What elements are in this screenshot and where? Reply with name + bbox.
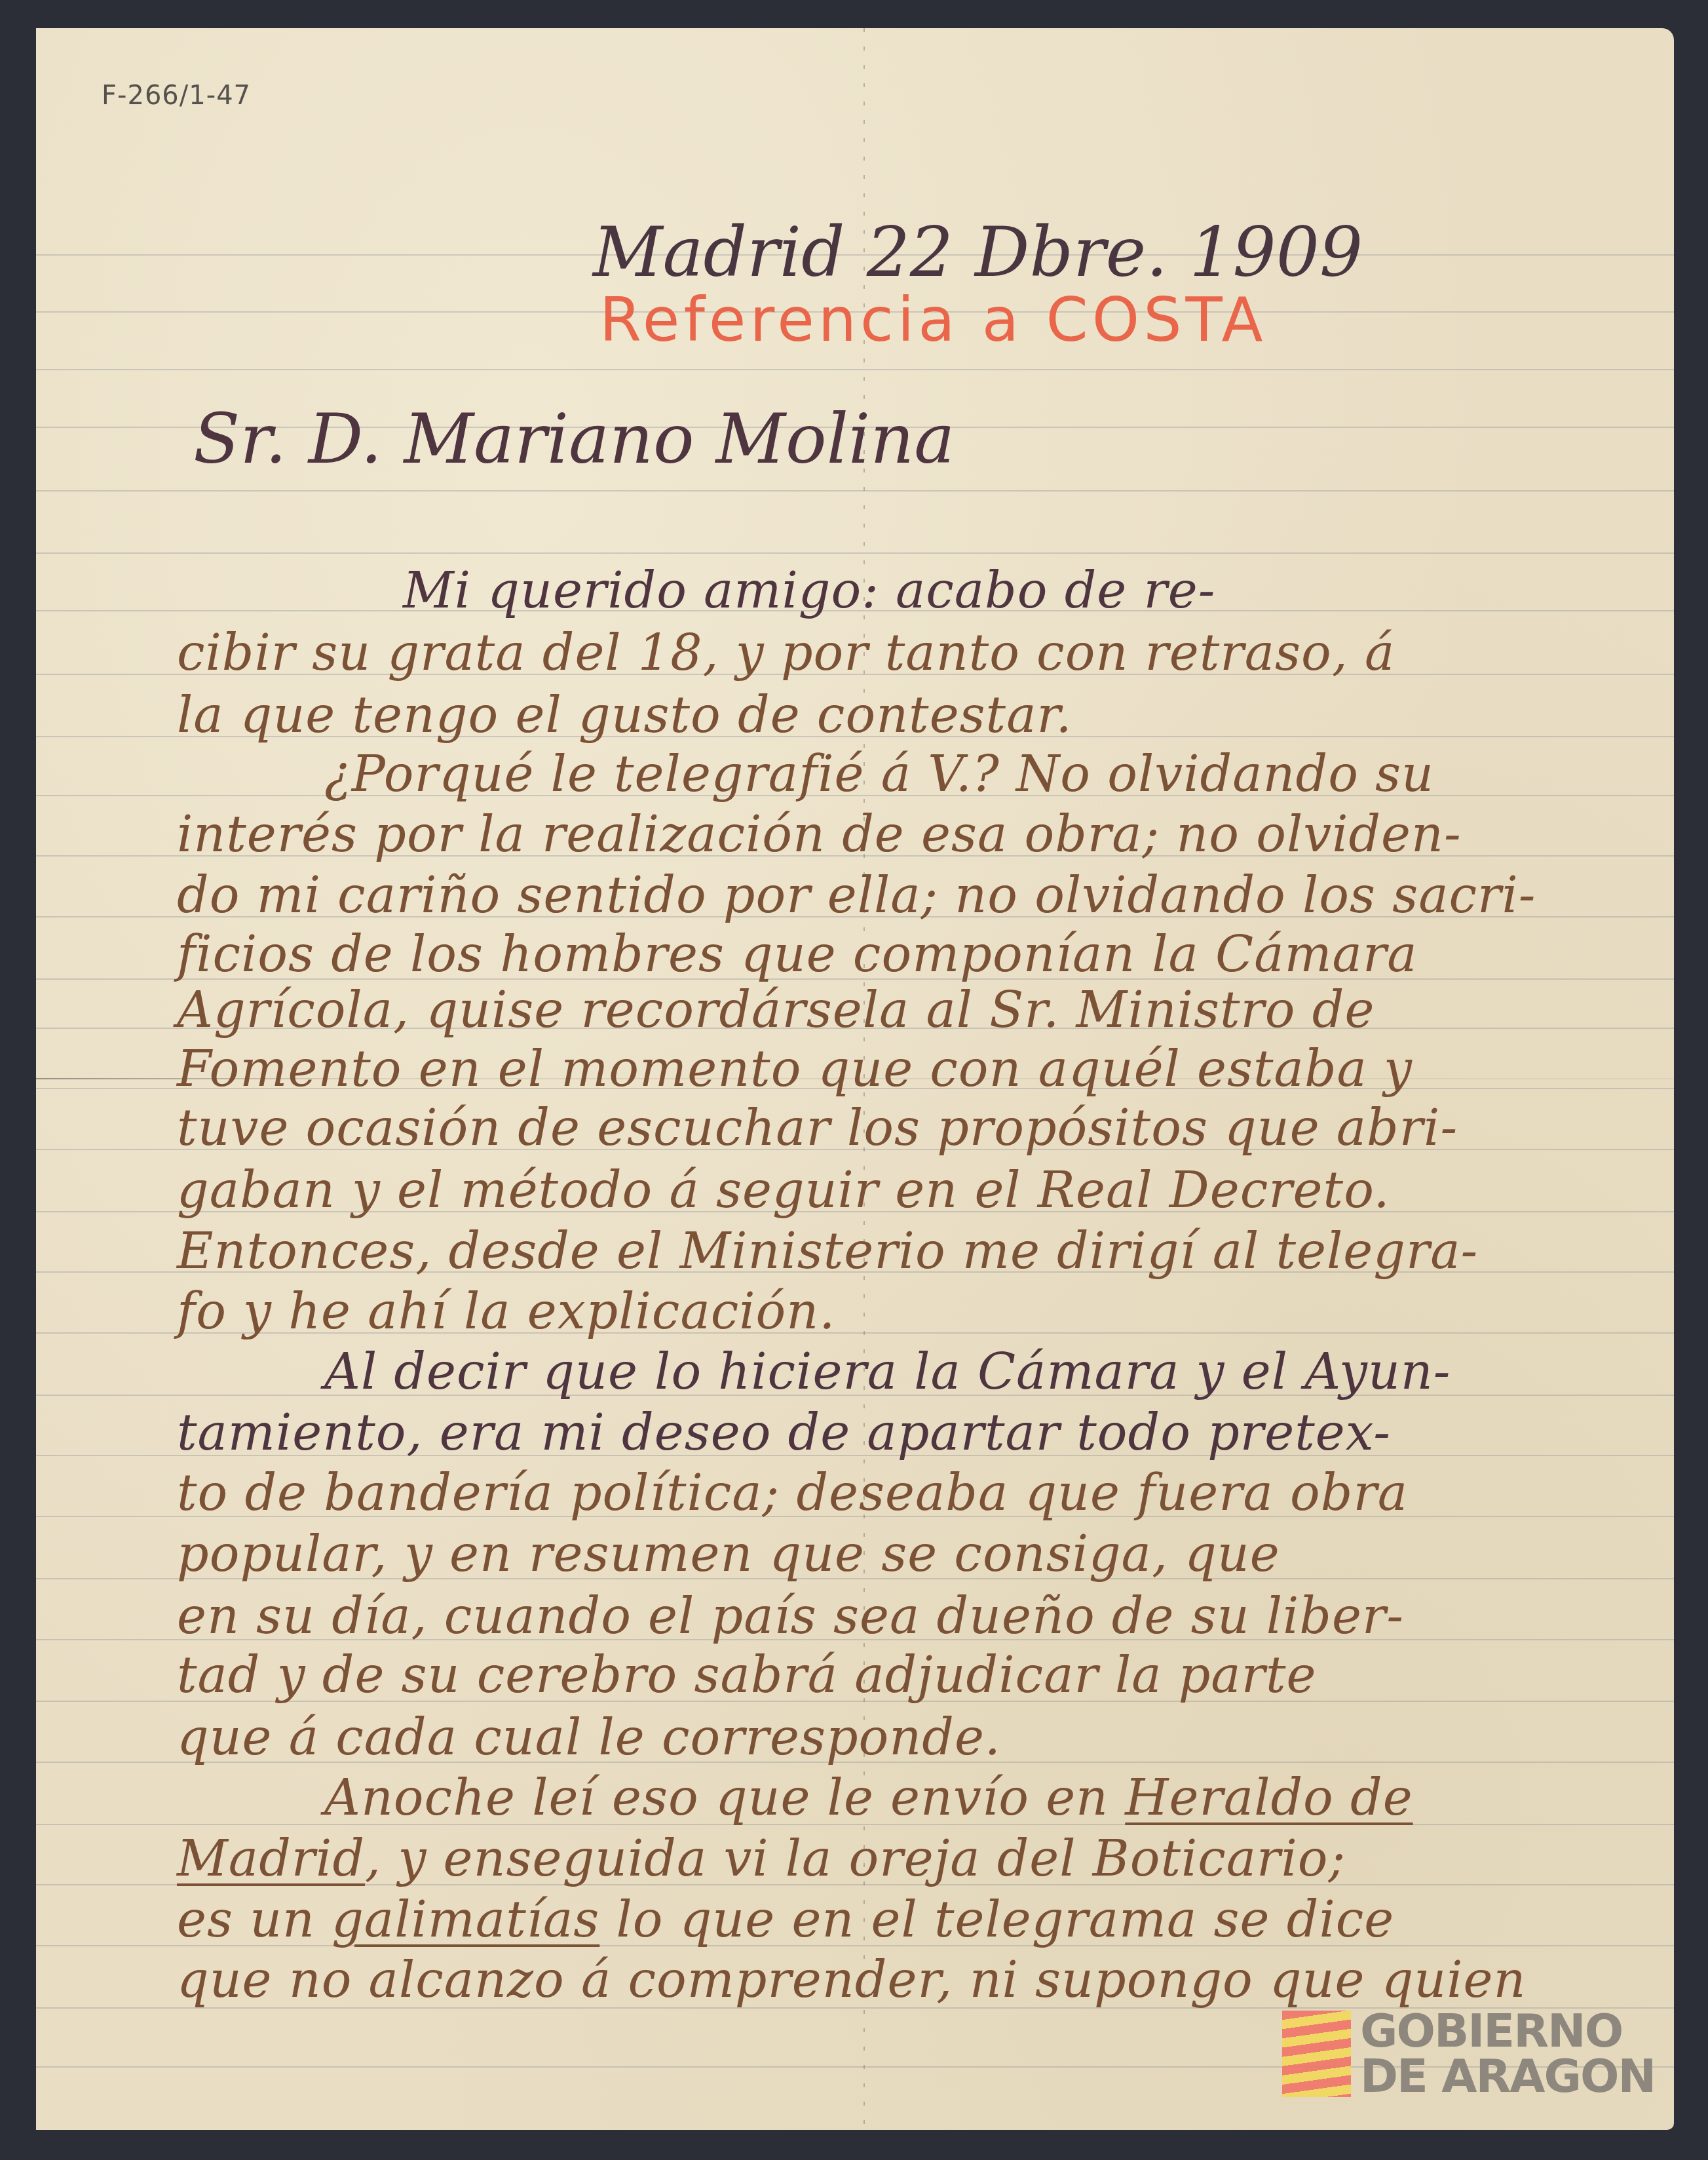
letter-line: ficios de los hombres que componían la C…	[177, 929, 1418, 979]
salutation: Sr. D. Mariano Molina	[193, 405, 955, 473]
ruled-line	[36, 369, 1674, 370]
letter-line: Entonces, desde el Ministerio me dirigí …	[177, 1226, 1478, 1276]
watermark-line-1: GOBIERNO	[1360, 2009, 1655, 2054]
ruled-line	[36, 552, 1674, 554]
letter-line: cibir su grata del 18, y por tanto con r…	[177, 628, 1395, 678]
newspaper-title-underlined: Madrid	[177, 1829, 365, 1887]
letter-line: la que tengo el gusto de contestar.	[177, 690, 1072, 740]
letter-line: Fomento en el momento que con aquél esta…	[177, 1044, 1413, 1094]
place-date: Madrid 22 Dbre. 1909	[593, 218, 1363, 286]
letter-line: interés por la realización de esa obra; …	[177, 809, 1462, 859]
aragon-flag-icon	[1282, 2011, 1351, 2097]
letter-line: Anoche leí eso que le envío en Heraldo d…	[324, 1773, 1413, 1823]
letter-line: popular, y en resumen que se consiga, qu…	[177, 1529, 1280, 1579]
letter-line: Al decir que lo hiciera la Cámara y el A…	[324, 1347, 1451, 1397]
watermark-text: GOBIERNO DE ARAGON	[1360, 2009, 1655, 2098]
newspaper-title-underlined: Heraldo de	[1125, 1768, 1413, 1826]
letter-line: en su día, cuando el país sea dueño de s…	[177, 1591, 1404, 1641]
letter-line: tamiento, era mi deseo de apartar todo p…	[177, 1408, 1391, 1457]
letter-line: Mi querido amigo: acabo de re-	[403, 566, 1215, 615]
letter-text: lo que en el telegrama se dice	[599, 1890, 1394, 1948]
gobierno-de-aragon-watermark: GOBIERNO DE ARAGON	[1282, 2009, 1655, 2098]
red-pencil-annotation: Referencia a COSTA	[599, 290, 1267, 351]
letter-text: , y enseguida vi la oreja del Boticario;	[365, 1829, 1346, 1887]
letter-line: gaban y el método á seguir en el Real De…	[177, 1165, 1390, 1215]
letter-line: es un galimatías lo que en el telegrama …	[177, 1895, 1394, 1944]
letter-line: que á cada cual le corresponde.	[177, 1712, 1001, 1762]
ruled-line	[36, 490, 1674, 492]
letter-line: tuve ocasión de escuchar los propósitos …	[177, 1103, 1458, 1153]
letter-text: es un	[177, 1890, 332, 1948]
letter-line: Madrid, y enseguida vi la oreja del Boti…	[177, 1834, 1346, 1883]
watermark-line-2: DE ARAGON	[1360, 2054, 1655, 2099]
letter-line: Agrícola, quise recordársela al Sr. Mini…	[177, 985, 1375, 1035]
letter-line: tad y de su cerebro sabrá adjudicar la p…	[177, 1650, 1317, 1700]
letter-line: do mi cariño sentido por ella; no olvida…	[177, 870, 1536, 920]
letter-line: fo y he ahí la explicación.	[177, 1286, 835, 1336]
letter-text: Anoche leí eso que le envío en	[324, 1768, 1109, 1826]
underlined-word: galimatías	[332, 1890, 599, 1948]
letter-line: ¿Porqué le telegrafié á V.? No olvidando…	[324, 749, 1434, 799]
archive-reference-number: F-266/1-47	[102, 81, 251, 111]
letter-page: F-266/1-47 Madrid 22 Dbre. 1909 Referenc…	[36, 28, 1674, 2130]
letter-line: que no alcanzo á comprender, ni supongo …	[177, 1955, 1527, 2005]
letter-line: to de bandería política; deseaba que fue…	[177, 1468, 1408, 1518]
